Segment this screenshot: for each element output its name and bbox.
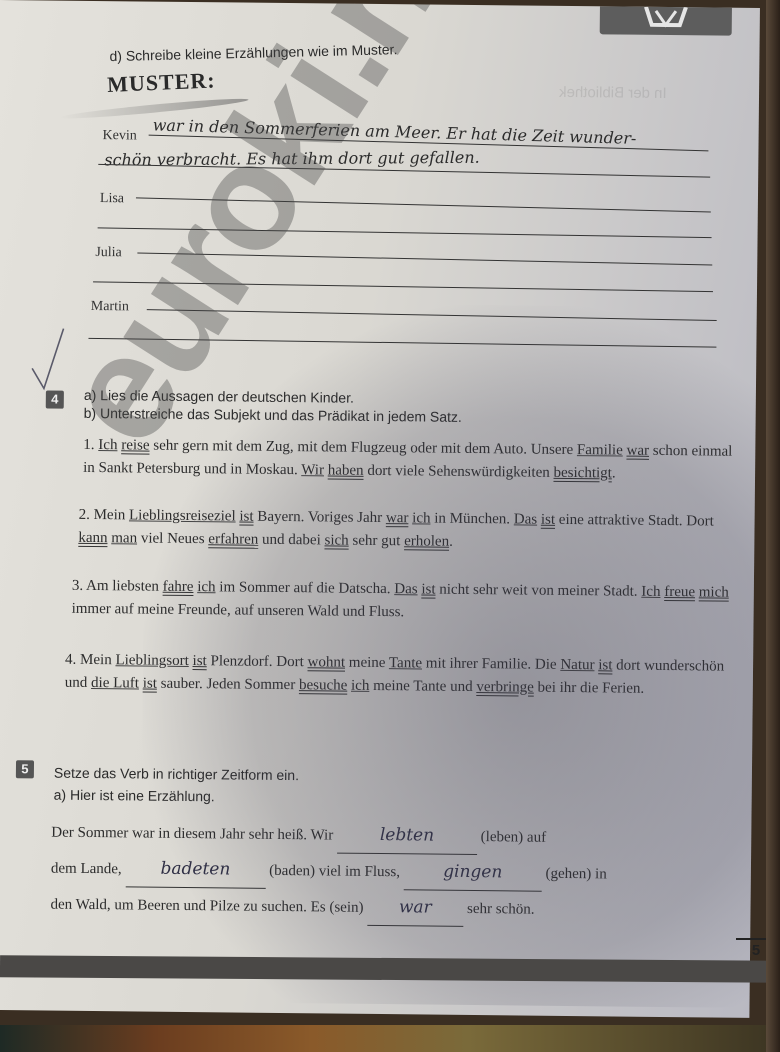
predicate-underline: erfahren xyxy=(208,531,258,548)
sentence-text: sauber. Jeden Sommer xyxy=(157,676,299,693)
predicate-underline: haben xyxy=(328,462,364,478)
sentence-text: eine attraktive Stadt. Dort xyxy=(555,512,714,530)
task-4-instruction-a: a) Lies die Aussagen der deutschen Kinde… xyxy=(84,387,354,406)
subject-underline: die Luft xyxy=(91,675,139,692)
sentence-text: 2. Mein xyxy=(79,507,130,524)
subject-underline: Ich xyxy=(98,437,117,453)
answer-line-martin-2[interactable] xyxy=(88,338,716,348)
sentence-text: . xyxy=(612,465,616,481)
sentence-text: im Sommer auf die Datscha. xyxy=(215,579,394,597)
predicate-underline: freue xyxy=(664,584,695,600)
example-handwriting-line1: war in den Sommerferien am Meer. Er hat … xyxy=(152,115,636,148)
faint-bleed-heading: In der Bibliothek xyxy=(559,84,667,102)
predicate-underline: fahre xyxy=(163,579,194,595)
predicate-underline: ist xyxy=(193,653,207,669)
sentence-text: 1. xyxy=(83,437,98,453)
subject-underline: Familie xyxy=(577,442,623,458)
sentence-text: 4. Mein xyxy=(65,652,116,669)
sentence-text: und dabei xyxy=(258,532,324,549)
sentence-text: Bayern. Voriges Jahr xyxy=(254,509,387,526)
predicate-underline: verbringe xyxy=(476,679,534,696)
subject-underline: Tante xyxy=(389,655,422,671)
task-5-line-3: den Wald, um Beeren und Pilze zu suchen.… xyxy=(50,887,750,930)
sentence-text: immer auf meine Freunde, auf unseren Wal… xyxy=(72,601,405,620)
task-4-paragraph-3: 3. Am liebsten fahre ich im Sommer auf d… xyxy=(72,575,732,628)
sentence-text: Plenzdorf. Dort xyxy=(207,653,308,670)
subject-underline: man xyxy=(111,530,137,546)
header-logo-tab xyxy=(600,6,732,35)
answer-line-lisa[interactable] xyxy=(136,197,711,212)
subject-underline: ich xyxy=(351,678,369,694)
book-edge xyxy=(766,0,780,1052)
subject-underline: Lieblingsort xyxy=(115,652,188,669)
task-4-number-badge: 4 xyxy=(46,391,64,409)
task-4-paragraph-2: 2. Mein Lieblingsreiseziel ist Bayern. V… xyxy=(78,504,734,557)
predicate-underline: sich xyxy=(324,532,348,548)
name-lisa: Lisa xyxy=(100,191,124,207)
sentence-text: in München. xyxy=(430,511,513,528)
predicate-underline: besichtigt xyxy=(553,465,611,482)
blank-gehen[interactable]: gingen xyxy=(404,854,542,891)
background-surface xyxy=(0,1025,780,1052)
predicate-underline: wohnt xyxy=(307,654,345,670)
predicate-underline: ist xyxy=(239,509,253,525)
task-5-sub-a: a) Hier ist eine Erzählung. xyxy=(54,787,215,805)
sentence-text: 3. Am liebsten xyxy=(72,578,163,595)
subject-underline: ich xyxy=(412,510,430,526)
predicate-underline: erholen xyxy=(404,533,449,549)
answer-line-julia[interactable] xyxy=(137,252,712,265)
answer-line-lisa-2[interactable] xyxy=(98,227,712,238)
task-d-instruction: d) Schreibe kleine Erzählungen wie im Mu… xyxy=(109,41,397,64)
sentence-text: nicht sehr weit von meiner Stadt. xyxy=(435,582,641,600)
answer-line-martin[interactable] xyxy=(147,309,717,321)
subject-underline: Das xyxy=(394,581,417,597)
task-4-paragraph-4: 4. Mein Lieblingsort ist Plenzdorf. Dort… xyxy=(65,649,737,702)
sentence-text: dort viele Sehenswürdigkeiten xyxy=(364,463,554,481)
predicate-underline: war xyxy=(386,510,409,526)
predicate-underline: besuche xyxy=(299,677,347,694)
checkmark-icon xyxy=(30,326,67,390)
name-martin: Martin xyxy=(91,299,129,315)
blank-leben[interactable]: lebten xyxy=(337,818,477,855)
task-4-paragraph-1: 1. Ich reise sehr gern mit dem Zug, mit … xyxy=(83,434,733,487)
subject-underline: Wir xyxy=(301,462,324,478)
subject-underline: ich xyxy=(197,579,215,595)
task-4-instruction-b: b) Unterstreiche das Subjekt und das Prä… xyxy=(84,405,462,425)
sentence-text: meine xyxy=(345,655,389,671)
name-julia: Julia xyxy=(95,245,122,261)
task-5-number-badge: 5 xyxy=(16,760,34,778)
predicate-underline: ist xyxy=(143,676,157,692)
sentence-text: bei ihr die Ferien. xyxy=(534,680,645,697)
predicate-underline: reise xyxy=(121,437,149,453)
workbook-page: In der Bibliothek d) Schreibe kleine Erz… xyxy=(0,0,760,1018)
predicate-underline: war xyxy=(626,443,649,459)
blank-sein[interactable]: war xyxy=(367,890,463,927)
predicate-underline: ist xyxy=(541,512,555,528)
answer-line-julia-2[interactable] xyxy=(93,281,713,292)
subject-underline: Ich xyxy=(641,584,660,600)
sentence-text: viel Neues xyxy=(137,530,208,547)
book-logo-icon xyxy=(638,7,694,32)
muster-label: MUSTER: xyxy=(107,67,216,98)
predicate-underline: kann xyxy=(78,530,107,546)
sentence-text: . xyxy=(449,534,453,550)
sentence-text: mit ihrer Familie. Die xyxy=(422,655,560,672)
example-name: Kevin xyxy=(102,128,136,144)
predicate-underline: mich xyxy=(699,584,729,600)
subject-underline: Das xyxy=(514,511,537,527)
predicate-underline: ist xyxy=(598,657,612,673)
task-5-instruction: Setze das Verb in richtiger Zeitform ein… xyxy=(54,765,299,784)
sentence-text: sehr gern mit dem Zug, mit dem Flugzeug … xyxy=(149,438,577,458)
blank-baden[interactable]: badeten xyxy=(125,851,265,888)
task-5-text: Der Sommer war in diesem Jahr sehr heiß.… xyxy=(50,815,751,930)
subject-underline: Natur xyxy=(560,657,594,673)
sentence-text: sehr gut xyxy=(349,533,405,550)
predicate-underline: ist xyxy=(421,581,435,597)
subject-underline: Lieblingsreiseziel xyxy=(129,507,236,524)
sentence-text: meine Tante und xyxy=(369,678,476,695)
